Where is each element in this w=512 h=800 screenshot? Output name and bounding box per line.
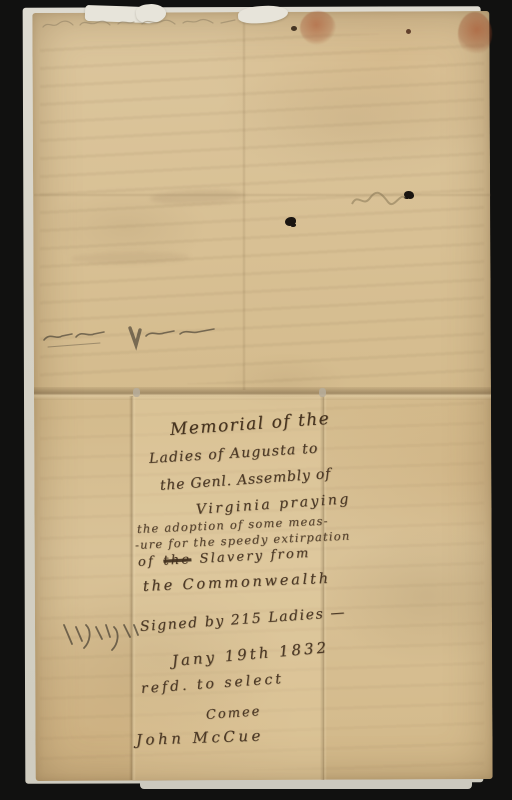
docket-line-fragment: of xyxy=(138,554,156,570)
strikethrough-word: the xyxy=(161,552,194,569)
vertical-fold-crease xyxy=(242,14,246,390)
ink-spot xyxy=(404,191,414,199)
wax-stain xyxy=(458,12,492,56)
bleedthrough-writing-rows xyxy=(40,34,484,384)
ink-dot xyxy=(406,29,411,34)
faint-horizontal-crease xyxy=(34,193,491,197)
wax-stain xyxy=(300,11,336,45)
crease-wear-spot xyxy=(319,388,326,397)
manuscript-photo: Memorial of the Ladies of Augusta to the… xyxy=(0,0,512,800)
ink-dot xyxy=(291,26,297,31)
crease-wear-spot xyxy=(133,388,140,397)
